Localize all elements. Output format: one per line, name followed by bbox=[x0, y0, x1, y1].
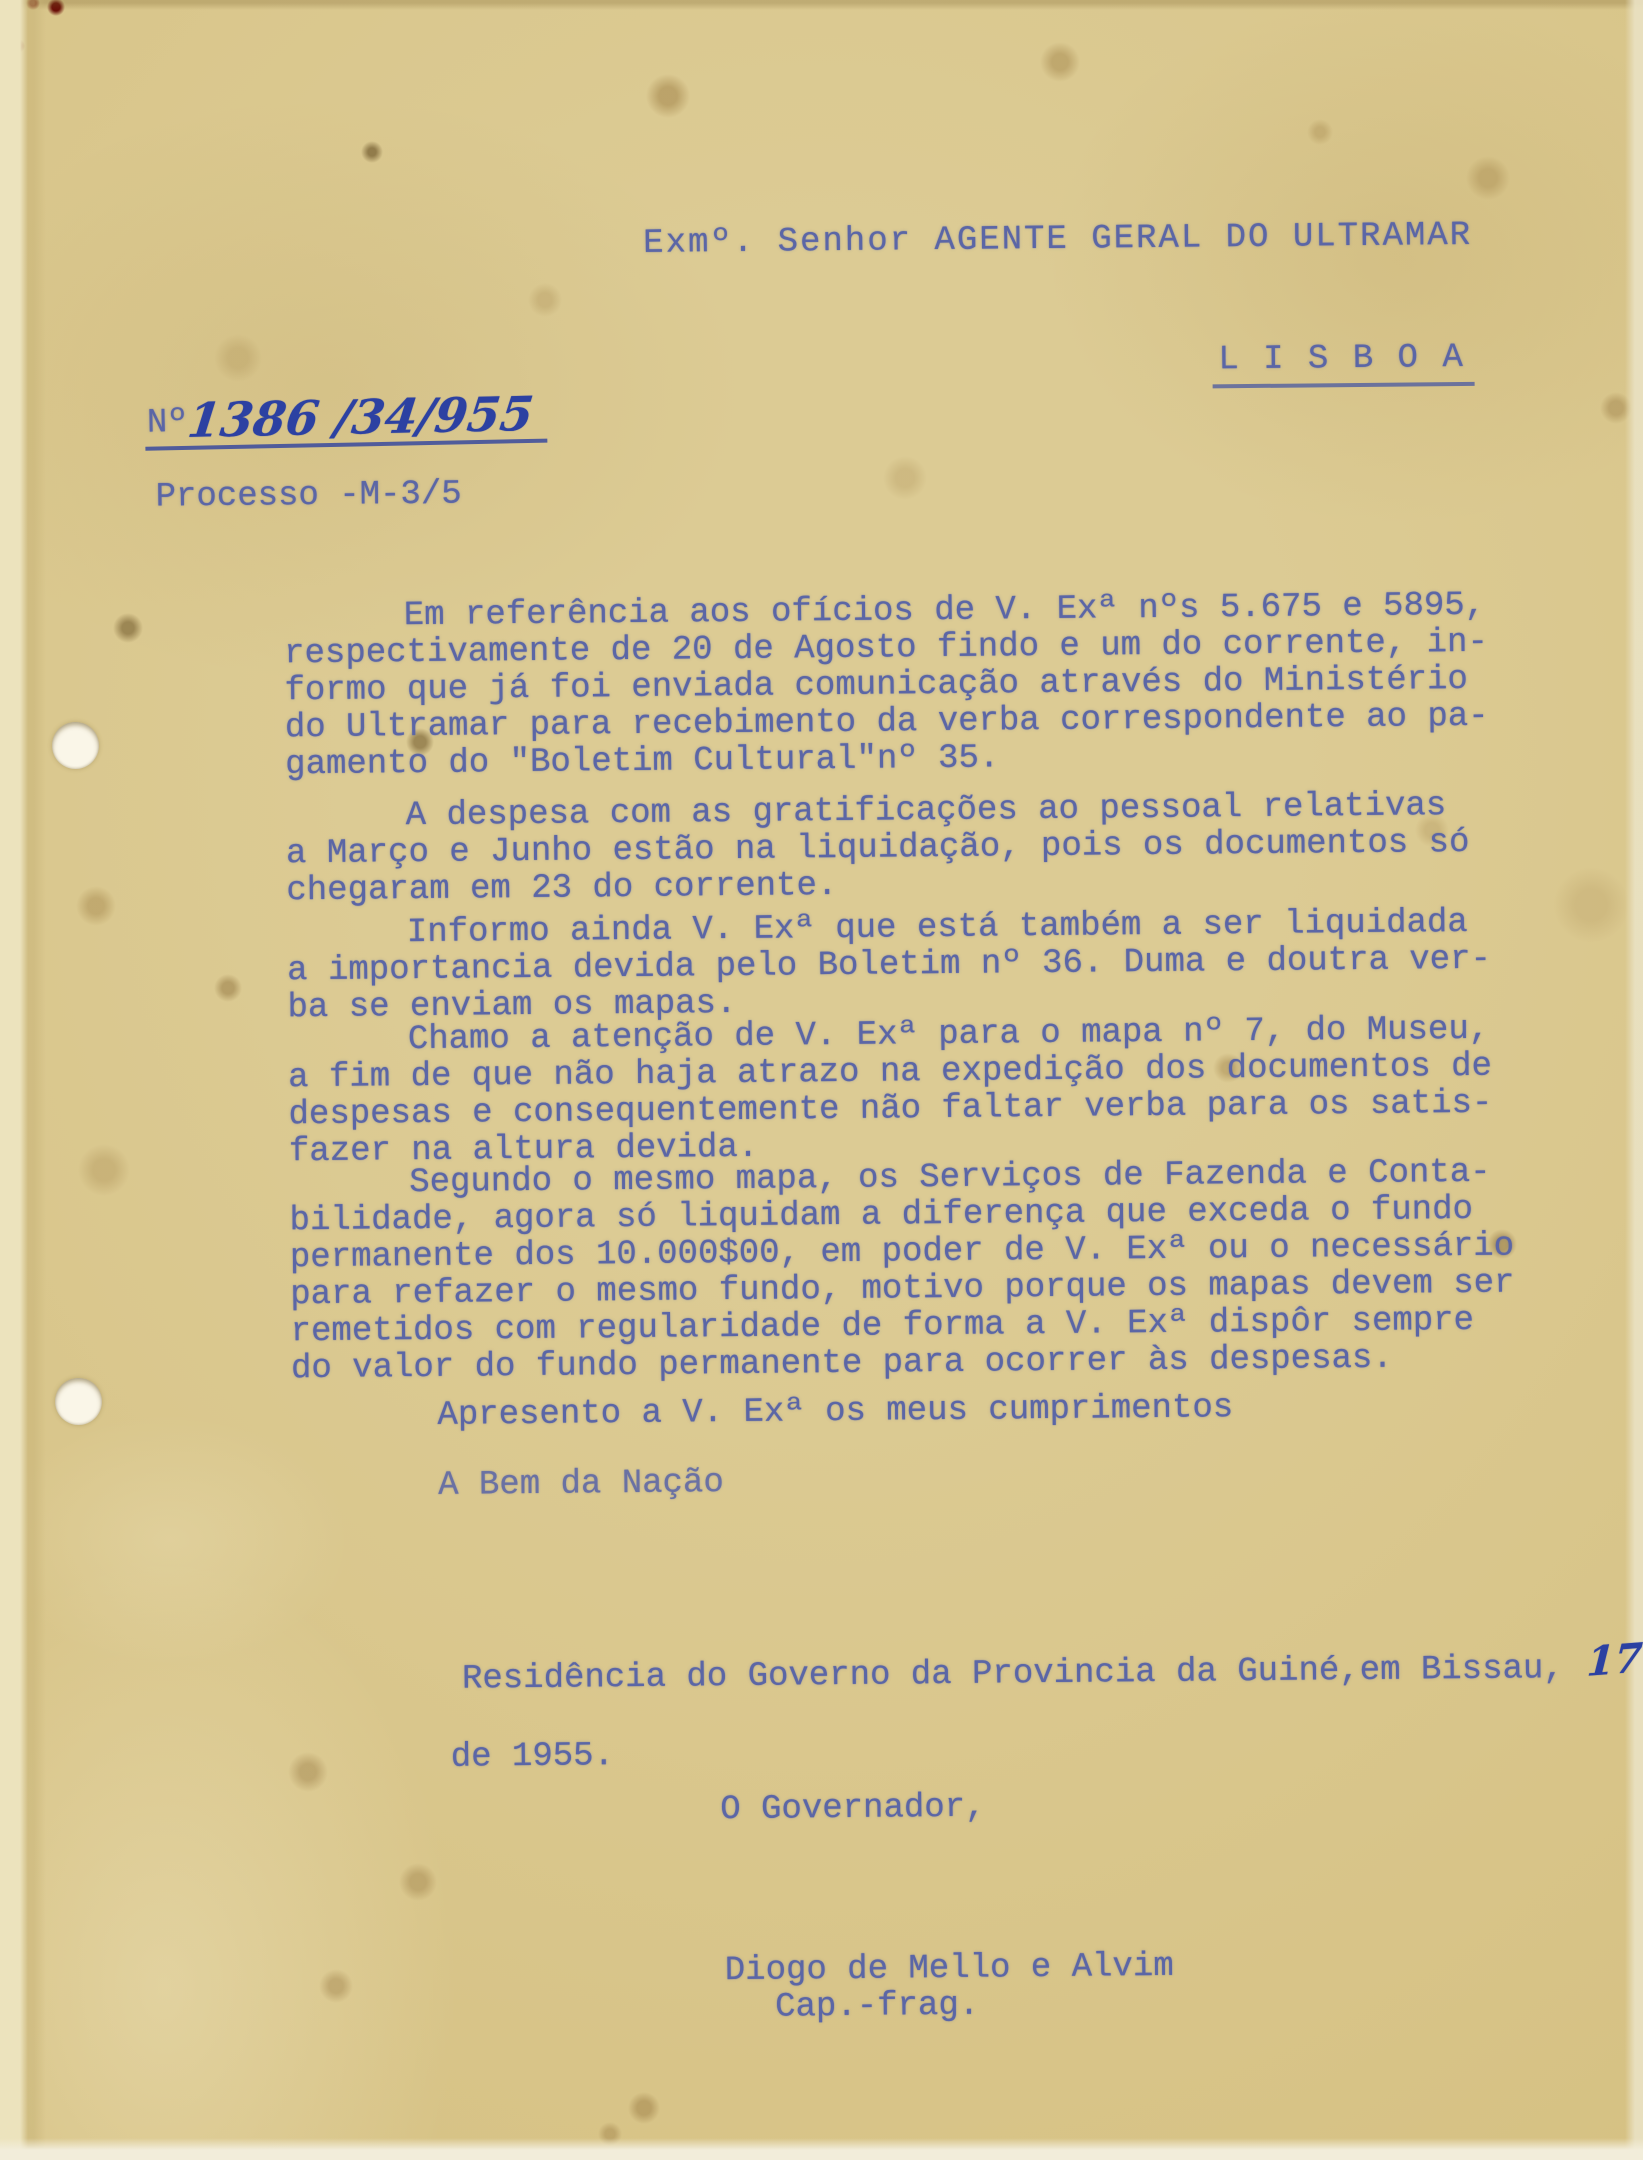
paragraph-3: Informo ainda V. Exª que está também a s… bbox=[287, 905, 1492, 1028]
handwritten-day: 17 bbox=[1586, 1638, 1643, 1683]
document-page: Exmº. Senhor AGENTE GERAL DO ULTRAMAR L … bbox=[0, 0, 1643, 2160]
paragraph-4: Chamo a atenção de V. Exª para o mapa nº… bbox=[288, 1012, 1493, 1172]
compliments-line: Apresento a V. Exª os meus cumprimentos bbox=[437, 1390, 1233, 1435]
signatory-name: Diogo de Mello e Alvim bbox=[725, 1949, 1174, 1990]
reference-line: Nº1386 /34/955 bbox=[144, 395, 547, 451]
recipient-line: Exmº. Senhor AGENTE GERAL DO ULTRAMAR bbox=[643, 218, 1472, 263]
paragraph-5: Segundo o mesmo mapa, os Serviços de Faz… bbox=[289, 1155, 1515, 1389]
signature-title: O Governador, bbox=[720, 1790, 986, 1830]
date-line: de 1955. bbox=[451, 1738, 615, 1777]
city-line-wrap: L I S B O A bbox=[1212, 340, 1475, 380]
reference-number-handwritten: 1386 /34/955 bbox=[185, 395, 535, 442]
letter-content: Exmº. Senhor AGENTE GERAL DO ULTRAMAR L … bbox=[0, 0, 1643, 2160]
place-line: Residência do Governo da Provincia da Gu… bbox=[462, 1651, 1564, 1699]
signatory-rank: Cap.-frag. bbox=[775, 1988, 979, 2027]
motto-line: A Bem da Nação bbox=[438, 1465, 724, 1505]
paragraph-2: A despesa com as gratificações ao pessoa… bbox=[286, 788, 1470, 910]
paragraph-1: Em referência aos ofícios de V. Exª nºs … bbox=[284, 588, 1490, 785]
reference-prefix: Nº bbox=[147, 404, 189, 443]
process-line: Processo -M-3/5 bbox=[155, 477, 461, 517]
city-line: L I S B O A bbox=[1212, 339, 1475, 389]
